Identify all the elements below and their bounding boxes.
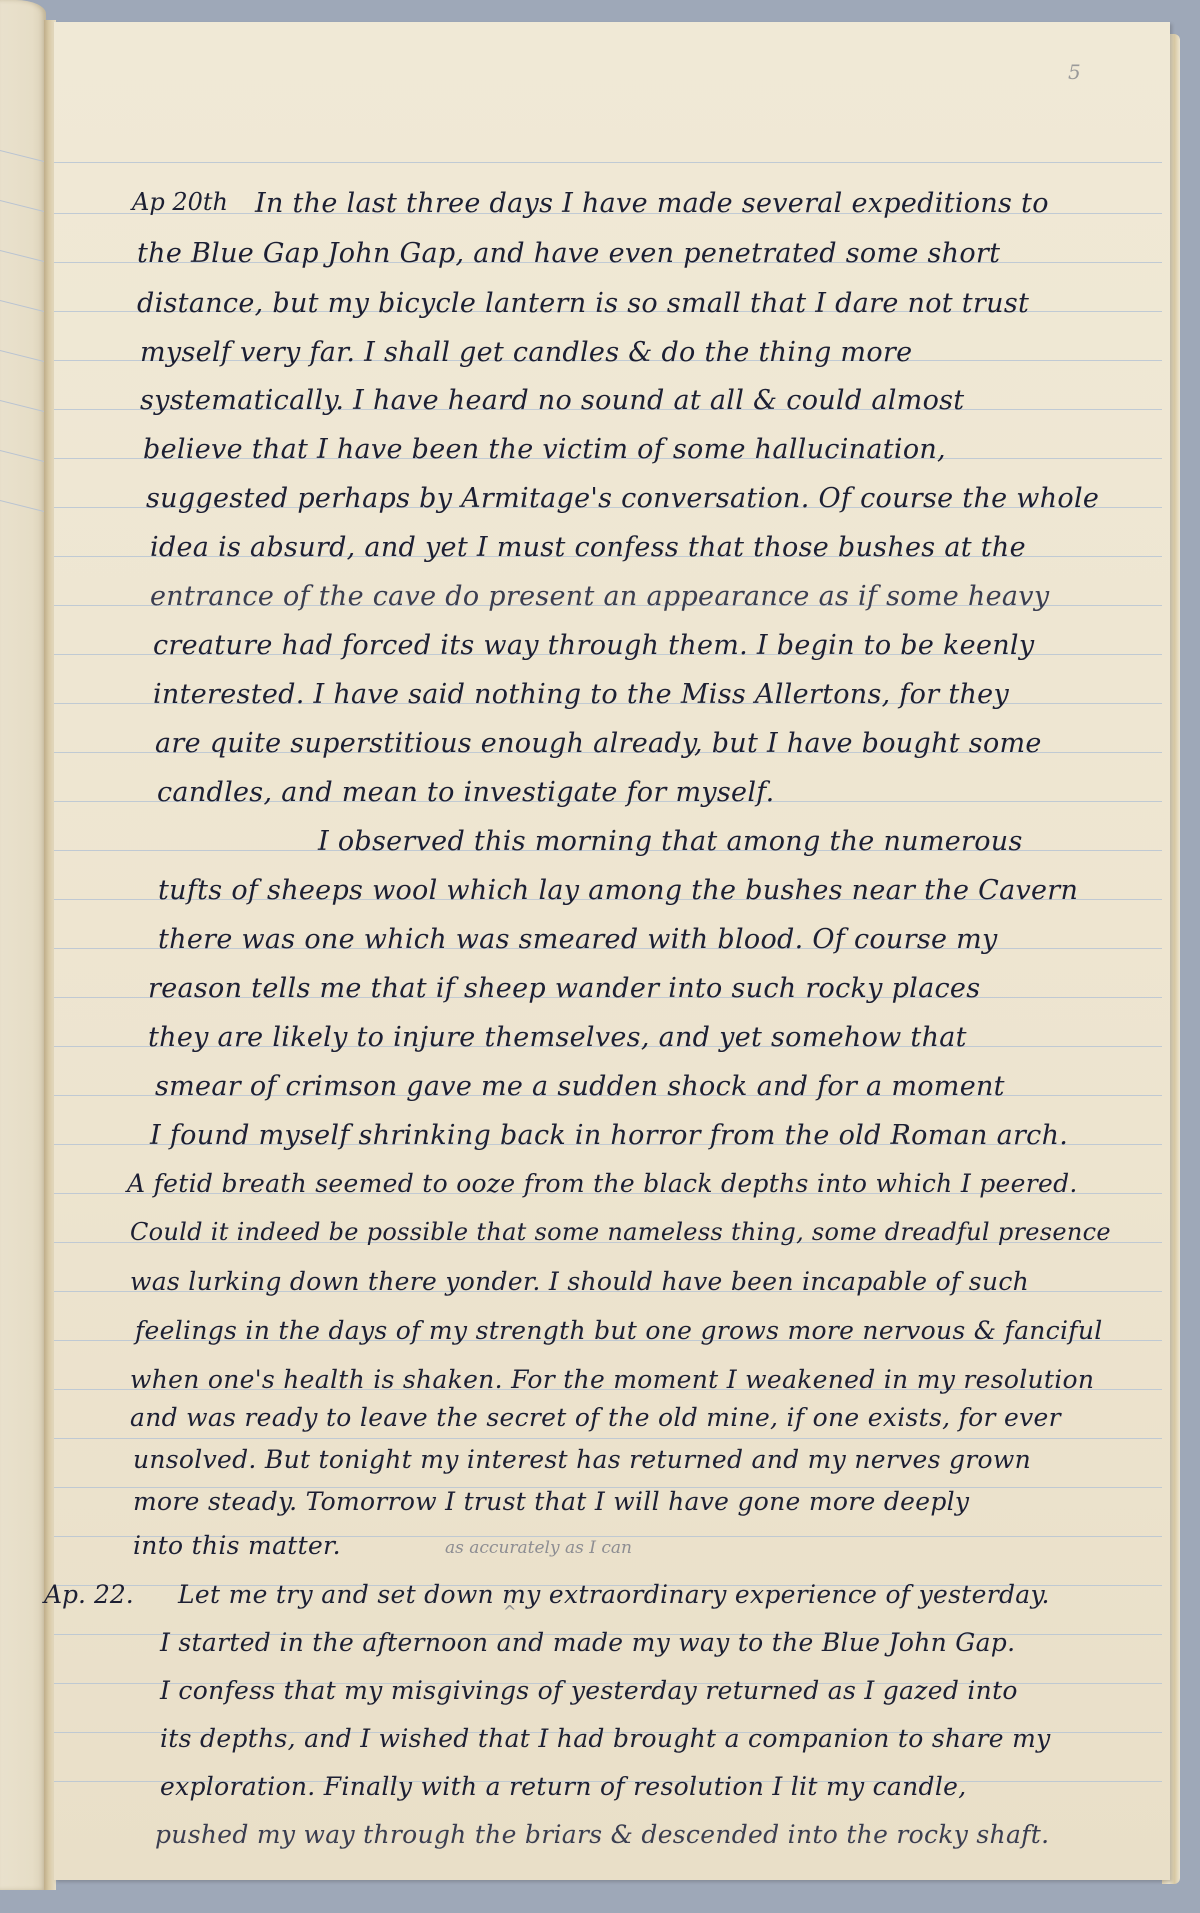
entry-line: tufts of sheeps wool which lay among the… xyxy=(158,875,1078,906)
ruled-line xyxy=(0,400,46,412)
entry-line: distance, but my bicycle lantern is so s… xyxy=(137,288,1029,319)
entry-line: believe that I have been the victim of s… xyxy=(143,434,946,465)
entry-line: smear of crimson gave me a sudden shock … xyxy=(155,1071,1005,1102)
entry-line: reason tells me that if sheep wander int… xyxy=(148,973,980,1004)
entry-line: when one's health is shaken. For the mom… xyxy=(130,1365,1094,1394)
ruled-line xyxy=(0,250,46,262)
entry-line: interested. I have said nothing to the M… xyxy=(153,679,1009,710)
entry-line: Could it indeed be possible that some na… xyxy=(130,1218,1111,1246)
entry-line: Let me try and set down my extraordinary… xyxy=(178,1580,1050,1609)
entry-line: idea is absurd, and yet I must confess t… xyxy=(150,532,1026,563)
entry-line: systematically. I have heard no sound at… xyxy=(140,385,964,416)
entry-line: exploration. Finally with a return of re… xyxy=(160,1772,966,1801)
entry-line: pushed my way through the briars & desce… xyxy=(155,1820,1049,1849)
entry-line: I confess that my misgivings of yesterda… xyxy=(160,1676,1018,1705)
entry-line: suggested perhaps by Armitage's conversa… xyxy=(146,483,1099,514)
entry-date: Ap 20th xyxy=(132,188,228,216)
ruled-line xyxy=(0,450,46,462)
entry-line: into this matter. xyxy=(133,1531,341,1560)
ruled-line xyxy=(0,300,46,312)
entry-line: I started in the afternoon and made my w… xyxy=(160,1628,1015,1657)
entry-line: creature had forced its way through them… xyxy=(153,630,1034,661)
entry-line: its depths, and I wished that I had brou… xyxy=(160,1724,1051,1753)
entry-line: entrance of the cave do present an appea… xyxy=(150,581,1049,612)
entry-line: are quite superstitious enough already, … xyxy=(155,728,1042,759)
entry-line: they are likely to injure themselves, an… xyxy=(148,1022,967,1053)
entry-date: Ap. 22. xyxy=(44,1580,134,1609)
entry-line: A fetid breath seemed to ooze from the b… xyxy=(127,1169,1078,1198)
entry-line: I observed this morning that among the n… xyxy=(318,826,1023,857)
entry-line: candles, and mean to investigate for mys… xyxy=(157,777,774,808)
pencil-insertion: as accurately as I can xyxy=(445,1538,632,1558)
entry-line: In the last three days I have made sever… xyxy=(255,188,1049,219)
ruled-line xyxy=(0,150,46,162)
entry-line: the Blue Gap John Gap, and have even pen… xyxy=(137,238,1000,269)
entry-line: and was ready to leave the secret of the… xyxy=(130,1403,1061,1432)
ruled-line xyxy=(0,500,46,512)
ruled-line xyxy=(0,200,46,212)
entry-line: there was one which was smeared with blo… xyxy=(158,924,998,955)
entry-line: more steady. Tomorrow I trust that I wil… xyxy=(133,1487,969,1516)
entry-line: I found myself shrinking back in horror … xyxy=(150,1120,1068,1151)
ruled-line xyxy=(54,162,1162,163)
ruled-line xyxy=(0,350,46,362)
entry-line: myself very far. I shall get candles & d… xyxy=(140,337,912,368)
ruled-line xyxy=(54,1438,1162,1439)
entry-line: feelings in the days of my strength but … xyxy=(135,1316,1103,1345)
page-number: 5 xyxy=(1068,60,1081,84)
left-facing-page xyxy=(0,0,46,1890)
entry-line: was lurking down there yonder. I should … xyxy=(130,1267,1029,1296)
entry-line: unsolved. But tonight my interest has re… xyxy=(133,1445,1031,1474)
